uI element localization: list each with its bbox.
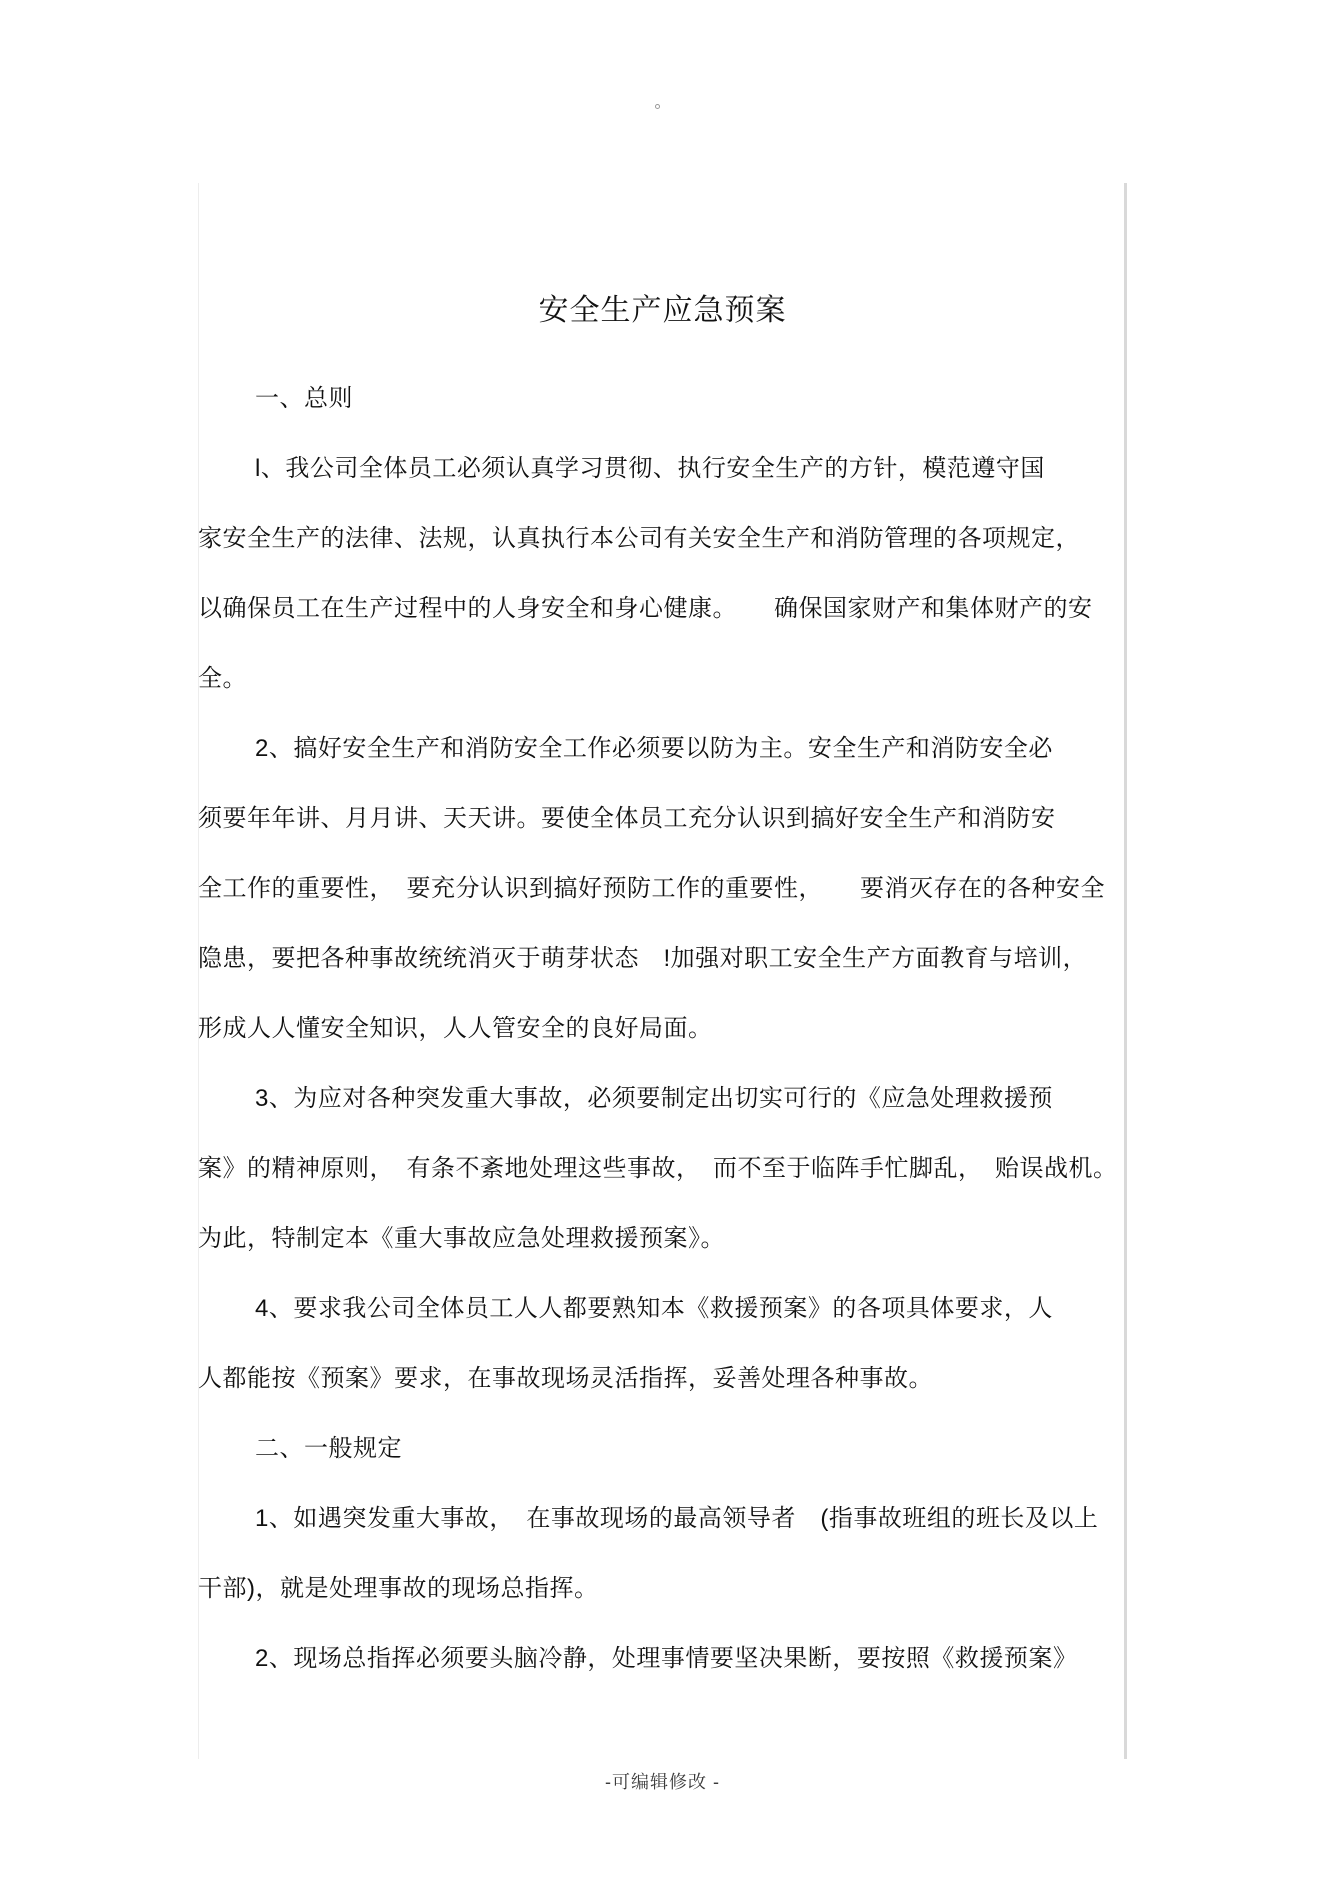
doc-line: 3、为应对各种突发重大事故，必须要制定出切实可行的《应急处理救援预	[198, 1064, 1127, 1134]
doc-line: 形成人人懂安全知识，人人管安全的良好局面。	[198, 994, 1127, 1064]
doc-line: 为此，特制定本《重大事故应急处理救援预案》。	[198, 1204, 1127, 1274]
doc-line: 隐患，要把各种事故统统消灭于萌芽状态 !加强对职工安全生产方面教育与培训，	[198, 924, 1127, 994]
document-title: 安全生产应急预案	[198, 276, 1127, 346]
doc-line: 家安全生产的法律、法规，认真执行本公司有关安全生产和消防管理的各项规定，	[198, 504, 1127, 574]
document-body: 一、总则 l、我公司全体员工必须认真学习贯彻、执行安全生产的方针，模范遵守国 家…	[198, 364, 1127, 1694]
doc-line: 人都能按《预案》要求，在事故现场灵活指挥，妥善处理各种事故。	[198, 1344, 1127, 1414]
doc-line: 须要年年讲、月月讲、天天讲。要使全体员工充分认识到搞好安全生产和消防安	[198, 784, 1127, 854]
doc-line: 案》的精神原则， 有条不紊地处理这些事故， 而不至于临阵手忙脚乱， 贻误战机。	[198, 1134, 1127, 1204]
doc-line: 干部)，就是处理事故的现场总指挥。	[198, 1554, 1127, 1624]
doc-line: 4、要求我公司全体员工人人都要熟知本《救援预案》的各项具体要求，人	[198, 1274, 1127, 1344]
doc-line: 1、如遇突发重大事故， 在事故现场的最高领导者 (指事故班组的班长及以上	[198, 1484, 1127, 1554]
doc-line: 2、现场总指挥必须要头脑冷静，处理事情要坚决果断，要按照《救援预案》	[198, 1624, 1127, 1694]
section-heading: 二、一般规定	[198, 1414, 1127, 1484]
doc-line: 以确保员工在生产过程中的人身安全和身心健康。 确保国家财产和集体财产的安	[198, 574, 1127, 644]
document-page: 安全生产应急预案 一、总则 l、我公司全体员工必须认真学习贯彻、执行安全生产的方…	[198, 0, 1127, 1694]
footer-note: -可编辑修改 -	[198, 1762, 1127, 1802]
doc-line: 全。	[198, 644, 1127, 714]
section-heading: 一、总则	[198, 364, 1127, 434]
doc-line: 全工作的重要性， 要充分认识到搞好预防工作的重要性， 要消灭存在的各种安全	[198, 854, 1127, 924]
doc-line: l、我公司全体员工必须认真学习贯彻、执行安全生产的方针，模范遵守国	[198, 434, 1127, 504]
doc-line: 2、搞好安全生产和消防安全工作必须要以防为主。安全生产和消防安全必	[198, 714, 1127, 784]
